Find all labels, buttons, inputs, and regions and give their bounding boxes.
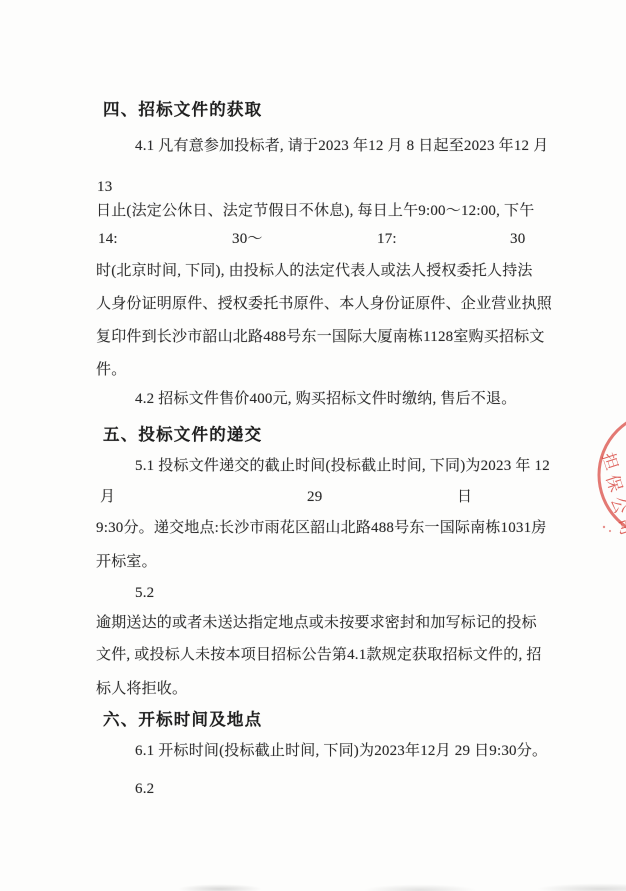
section-heading-6: 六、开标时间及地点 xyxy=(103,709,262,731)
doc-line-time-row: 14: 30～ 17: 30 xyxy=(0,228,626,250)
doc-line: 5.1 投标文件递交的截止时间(投标截止时间, 下同)为2023 年 12 xyxy=(135,455,550,477)
doc-line: 13 xyxy=(97,176,112,198)
scan-artifact-smudge xyxy=(0,877,626,891)
doc-line: 开标室。 xyxy=(96,551,157,573)
time-end-minute: 30 xyxy=(510,228,525,250)
doc-line: 时(北京时间, 下同), 由投标人的法定代表人或法人授权委托人持法 xyxy=(96,260,533,282)
date-day-label: 日 xyxy=(457,486,472,508)
date-month-label: 月 xyxy=(100,486,115,508)
section-heading-4: 四、招标文件的获取 xyxy=(103,99,262,121)
seal-char: 担 xyxy=(598,450,621,472)
doc-line: 件。 xyxy=(96,359,126,381)
date-day-value: 29 xyxy=(307,486,322,508)
seal-circle-icon: 担 保 公 司 xyxy=(570,403,626,548)
doc-line: 人身份证明原件、授权委托书原件、本人身份证原件、企业营业执照 xyxy=(96,293,552,315)
doc-line: 5.2 xyxy=(135,582,154,604)
time-end-hour: 17: xyxy=(377,228,397,250)
seal-char: 司 xyxy=(613,515,626,537)
doc-line: 文件, 或投标人未按本项目招标公告第4.1款规定获取招标文件的, 招 xyxy=(96,644,542,666)
doc-line: 6.2 xyxy=(135,778,154,800)
doc-line: 6.1 开标时间(投标截止时间, 下同)为2023年12月 29 日9:30分。 xyxy=(135,740,547,762)
doc-line: 逾期送达的或者未送达指定地点或未按要求密封和加写标记的投标 xyxy=(96,612,537,634)
doc-line: 9:30分。递交地点:长沙市雨花区韶山北路488号东一国际南栋1031房 xyxy=(96,517,547,539)
doc-line: 日止(法定公休日、法定节假日不休息), 每日上午9:00～12:00, 下午 xyxy=(96,200,534,222)
doc-line-date-row: 月 29 日 xyxy=(0,486,626,508)
time-start-hour: 14: xyxy=(98,228,118,250)
section-heading-5: 五、投标文件的递交 xyxy=(103,424,262,446)
time-start-minute: 30～ xyxy=(232,228,263,250)
doc-line: 复印件到长沙市韶山北路488号东一国际大厦南栋1128室购买招标文 xyxy=(96,326,545,348)
doc-line: 4.1 凡有意参加投标者, 请于2023 年12 月 8 日起至2023 年12… xyxy=(135,135,548,157)
doc-line: 4.2 招标文件售价400元, 购买招标文件时缴纳, 售后不退。 xyxy=(135,388,516,410)
doc-line: 标人将拒收。 xyxy=(96,678,187,700)
scanned-document-page: 四、招标文件的获取 4.1 凡有意参加投标者, 请于2023 年12 月 8 日… xyxy=(0,0,626,891)
company-seal-stamp: 担 保 公 司 xyxy=(570,403,626,548)
